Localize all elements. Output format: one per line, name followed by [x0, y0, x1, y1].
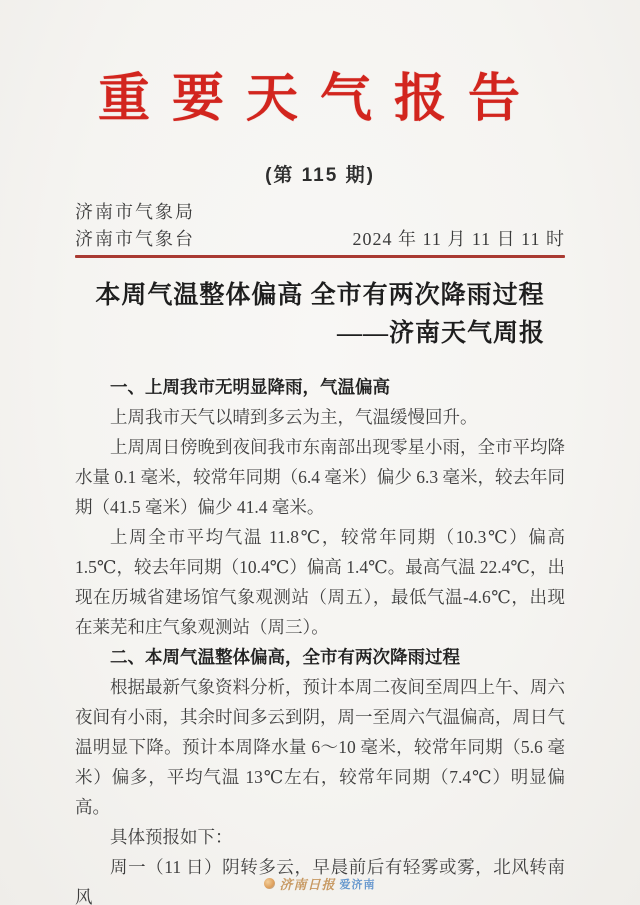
issuing-orgs: 济南市气象局 济南市气象台: [75, 199, 195, 253]
section-1-heading: 一、上周我市无明显降雨，气温偏高: [75, 372, 565, 402]
report-title: 重要天气报告: [0, 70, 640, 130]
org-bureau: 济南市气象局: [75, 199, 195, 226]
issue-number: (第 115 期): [0, 160, 640, 187]
body-paragraph: 上周周日傍晚到夜间我市东南部出现零星小雨，全市平均降水量 0.1 毫米，较常年同…: [75, 432, 565, 522]
red-divider-line: [75, 255, 565, 258]
body-paragraph: 具体预报如下：: [75, 822, 565, 852]
body-paragraph: 上周我市天气以晴到多云为主，气温缓慢回升。: [75, 402, 565, 432]
weather-report-document: 重要天气报告 (第 115 期) 济南市气象局 济南市气象台 2024 年 11…: [0, 0, 640, 905]
body-paragraph: 根据最新气象资料分析，预计本周二夜间至周四上午、周六夜间有小雨，其余时间多云到阴…: [75, 672, 565, 822]
issue-datetime: 2024 年 11 月 11 日 11 时: [353, 226, 566, 253]
body-paragraph: 上周全市平均气温 11.8℃，较常年同期（10.3℃）偏高 1.5℃，较去年同期…: [75, 522, 565, 642]
newspaper-logo-icon: [264, 878, 275, 889]
watermark-client-badge: 爱济南: [340, 876, 376, 892]
org-observatory: 济南市气象台: [75, 226, 195, 253]
meta-block: 济南市气象局 济南市气象台 2024 年 11 月 11 日 11 时: [75, 199, 565, 253]
watermark-brand: 济南日报: [279, 874, 335, 893]
section-2-heading: 二、本周气温整体偏高，全市有两次降雨过程: [75, 642, 565, 672]
report-body: 一、上周我市无明显降雨，气温偏高 上周我市天气以晴到多云为主，气温缓慢回升。 上…: [75, 372, 565, 905]
report-subtitle: ——济南天气周报: [0, 318, 545, 350]
press-watermark: 济南日报 爱济南: [0, 874, 640, 893]
report-headline: 本周气温整体偏高 全市有两次降雨过程: [0, 280, 640, 312]
